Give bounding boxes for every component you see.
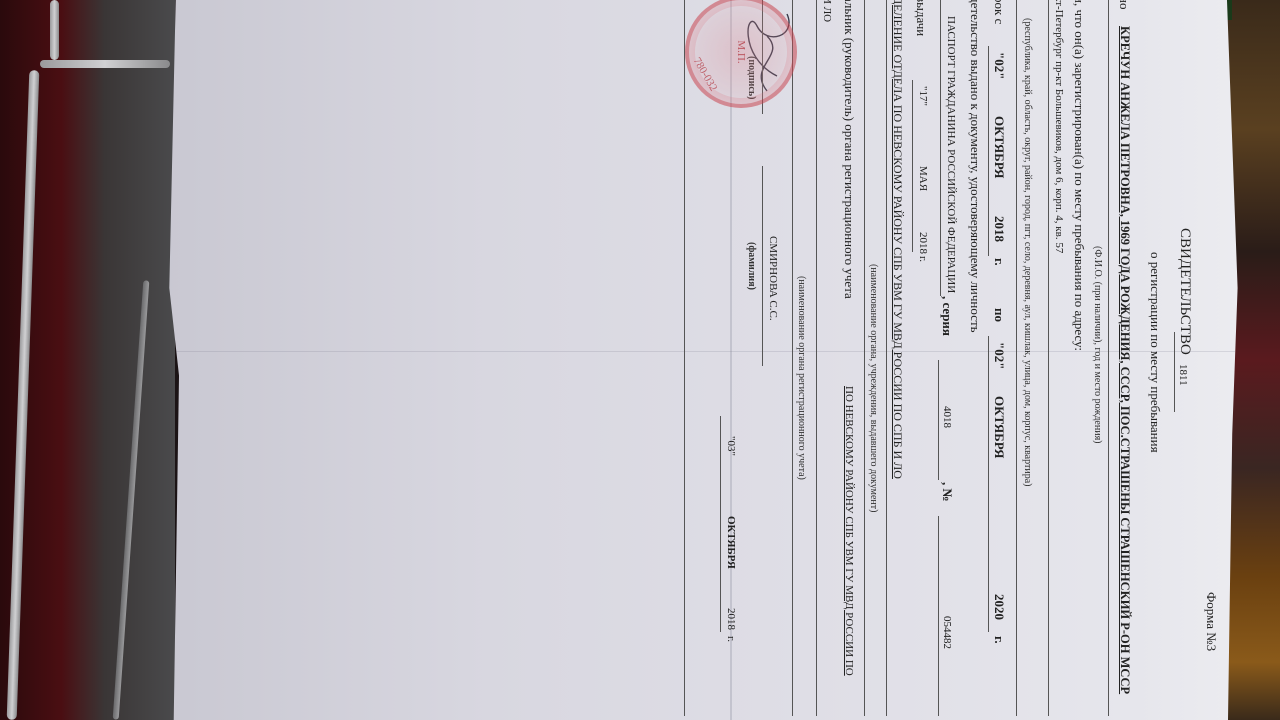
stamp-label: М.П.: [735, 40, 747, 63]
metal-rail: [40, 60, 170, 68]
rule: [988, 336, 989, 632]
registration-authority: ПО НЕВСКОМУ РАЙОНУ СПБ УВМ ГУ МВД РОССИИ…: [843, 386, 855, 676]
registration-authority-continued: И ЛО: [821, 0, 833, 22]
year-suffix: г.: [725, 636, 737, 642]
issue-year: 2018: [917, 232, 929, 254]
period-to-year: 2020: [991, 594, 1007, 620]
period-to-day: "02": [991, 342, 1007, 369]
signed-day: "03": [725, 436, 737, 456]
rule: [886, 0, 887, 716]
registration-authority-caption: (наименование органа регистрационного уч…: [796, 276, 807, 480]
metal-rail: [50, 0, 59, 60]
issue-day: "17": [917, 86, 929, 106]
rule: [1108, 0, 1109, 716]
certificate-number: 1811: [1177, 364, 1189, 386]
registration-certificate-sheet: Форма №3 СВИДЕТЕЛЬСТВО 1811 о регистраци…: [165, 0, 1243, 720]
number-rule: [1174, 332, 1175, 412]
rule: [988, 46, 989, 256]
document-subtitle: о регистрации по месту пребывания: [1147, 252, 1163, 453]
rule: [864, 0, 865, 716]
passport-series: 4018: [941, 406, 953, 428]
holder-full-name: КРЕЧУН АНЖЕЛА ПЕТРОВНА, 1969 ГОДА РОЖДЕН…: [1117, 26, 1132, 694]
period-to-month: ОКТЯБРЯ: [991, 396, 1007, 458]
form-number: Форма №3: [1203, 592, 1219, 651]
rule: [792, 0, 793, 716]
rule: [938, 516, 939, 716]
period-from-month: ОКТЯБРЯ: [991, 116, 1007, 178]
period-to-label: по: [991, 308, 1007, 322]
rule: [816, 0, 817, 716]
signed-month: ОКТЯБРЯ: [725, 516, 737, 569]
full-name-caption: (Ф.И.О. (при наличии), год и место рожде…: [1092, 246, 1103, 444]
issue-label: выдачи: [913, 0, 929, 36]
period-from-day: "02": [991, 52, 1007, 79]
rule: [938, 360, 939, 480]
head-label: альник (руководитель) органа регистрацио…: [841, 0, 857, 299]
official-stamp: М.П.: [685, 0, 797, 108]
issuing-authority-caption: (наименование органа, учреждения, выдавш…: [868, 264, 879, 512]
period-from-year: 2018: [991, 216, 1007, 242]
rule: [940, 0, 941, 296]
series-label: , серия: [939, 296, 955, 336]
address-caption: (республика, край, область, округ, район…: [1022, 18, 1033, 486]
number-label: , №: [939, 482, 955, 502]
signed-year: 2018: [725, 608, 737, 630]
rule: [1016, 0, 1017, 716]
document-content: Форма №3 СВИДЕТЕЛЬСТВО 1811 о регистраци…: [165, 0, 1243, 716]
rule: [762, 166, 763, 366]
document-title: СВИДЕТЕЛЬСТВО: [1176, 228, 1193, 355]
rule: [1048, 0, 1049, 716]
address: кт-Петербург пр-кт Большевиков, дом 6, к…: [1053, 0, 1065, 253]
year-suffix: г.: [917, 256, 929, 262]
rule: [720, 416, 721, 632]
passport-number: 054482: [941, 616, 953, 649]
official-name: СМИРНОВА С.С.: [767, 236, 779, 321]
period-from-label: рок с: [991, 0, 1007, 24]
rule: [684, 0, 685, 716]
issue-month: МАЯ: [917, 166, 929, 191]
issued-by-doc-text: детельство выдано к документу, удостовер…: [967, 0, 983, 333]
rule: [912, 80, 913, 252]
year-suffix: г.: [991, 636, 1007, 644]
year-suffix: г.: [991, 258, 1007, 266]
issued-to-prefix: но: [1116, 0, 1132, 9]
surname-caption: (фамилия): [746, 242, 757, 290]
id-document-type: ПАСПОРТ ГРАЖДАНИНА РОССИЙСКОЙ ФЕДЕРАЦИИ: [945, 16, 957, 293]
issuing-authority: ДЕЛЕНИЕ ОТДЕЛА ПО НЕВСКОМУ РАЙОНУ СПБ УВ…: [890, 0, 905, 479]
registered-text: и, что он(а) зарегистрирован(а) по месту…: [1071, 0, 1087, 351]
